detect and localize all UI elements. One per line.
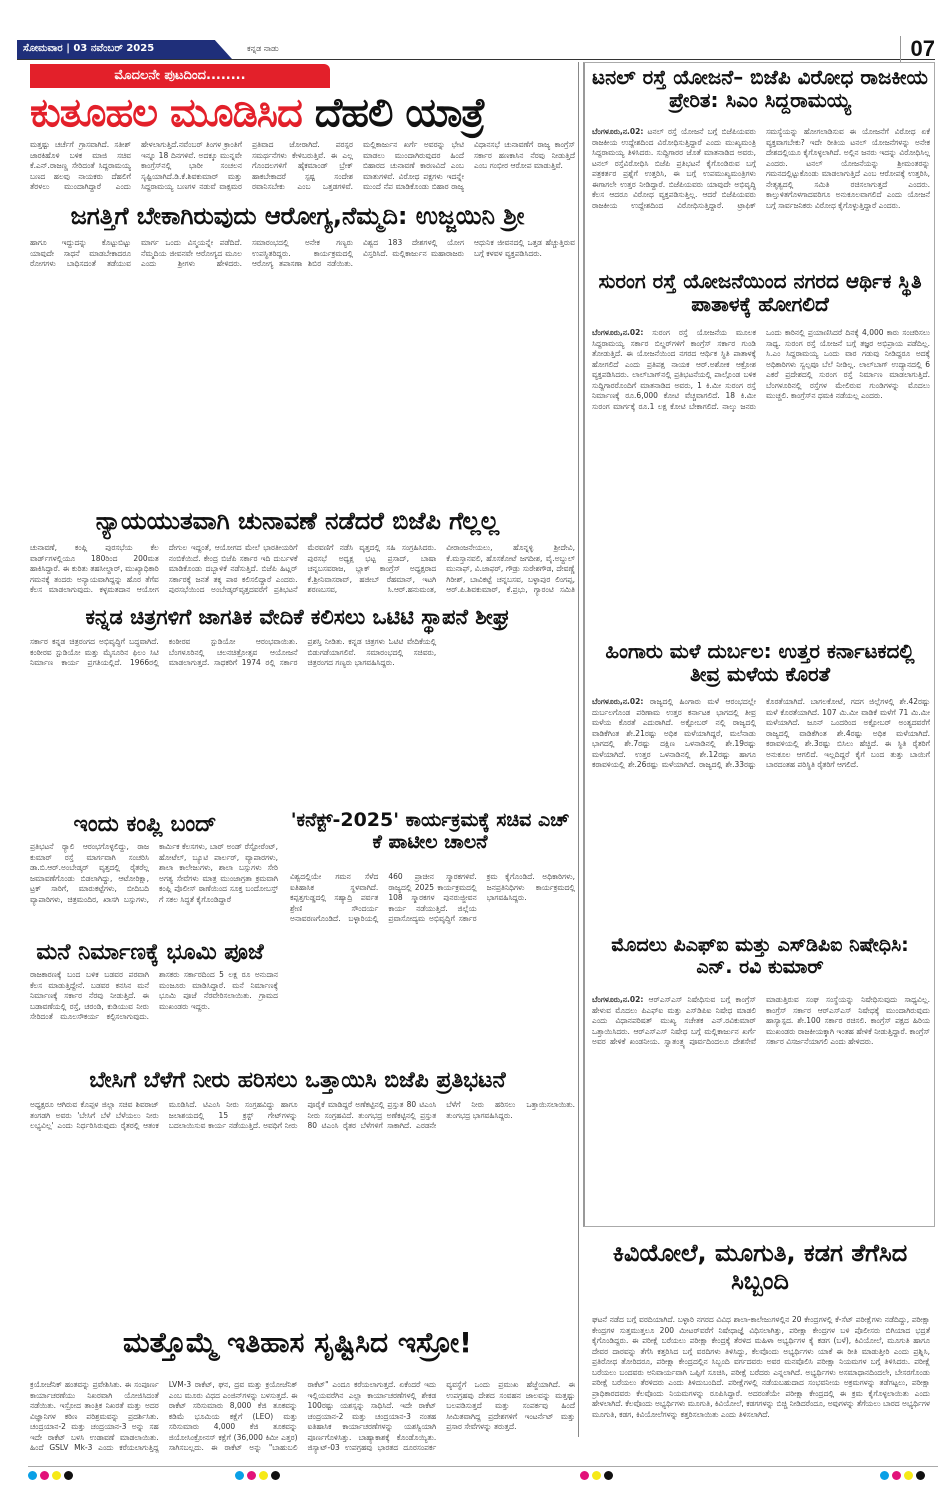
story-headline: ಬೇಸಿಗೆ ಬೆಳೆಗೆ ನೀರು ಹರಿಸಲು ಒತ್ತಾಯಿಸಿ ಬಿಜೆ… <box>20 1068 575 1093</box>
story-headline: ಕಿವಿಯೋಲೆ, ಮೂಗುತಿ, ಕಡಗ ತೆಗೆಸಿದ ಸಿಬ್ಬಂದಿ <box>590 1240 930 1295</box>
story-headline: 'ಕನೆಕ್ಟ್-2025' ಕಾರ್ಯಕ್ರಮಕ್ಕೆ ಸಚಿವ ಎಚ್ ಕೆ… <box>285 810 575 854</box>
story-headline: ಹಿಂಗಾರು ಮಳೆ ದುರ್ಬಲ: ಉತ್ತರ ಕರ್ನಾಟಕದಲ್ಲಿ ತ… <box>590 640 930 686</box>
story-headline: ಸುರಂಗ ರಸ್ತೆ ಯೋಜನೆಯಿಂದ ನಗರದ ಆರ್ಥಿಕ ಸ್ಥಿತಿ… <box>590 270 930 316</box>
story-body: ಬೆಂಗಳೂರು,ನ.02: ಆರ್‌ಎಸ್‌ಎಸ್ ನಿಷೇಧಿಸುವ ಬಗ್… <box>592 995 930 1220</box>
story-headline: ಮೊದಲು ಪಿಎಫ್‌ಐ ಮತ್ತು ಎಸ್‌ಡಿಪಿಐ ನಿಷೇಧಿಸಿ: … <box>590 935 930 979</box>
date-banner: ಸೋಮವಾರ | 03 ನವೆಂಬರ್ 2025 <box>17 40 232 59</box>
continued-kicker: ಮೊದಲನೇ ಪುಟದಿಂದ........ <box>30 64 330 88</box>
story-body: ಅಧ್ಯಕ್ಷರೂ ಆಗಿರುವ ಕೊಪ್ಪಳ ಜಿಲ್ಲಾ ಸಚಿವ ಶಿವರ… <box>30 1100 575 1325</box>
registration-marks <box>880 1471 925 1480</box>
story-headline: ಮನೆ ನಿರ್ಮಾಣಕ್ಕೆ ಭೂಮಿ ಪೂಜೆ <box>20 940 280 965</box>
dateline: ಬೆಂಗಳೂರು,ನ.02: <box>592 995 643 1004</box>
story-body: ಬೆಂಗಳೂರು,ನ.02: ಸುರಂಗ ರಸ್ತೆ ಯೋಜನೆಯ ಮೂಲಕ ಸ… <box>592 328 930 628</box>
registration-marks <box>235 1471 280 1480</box>
lead-headline-red: ಕುತೂಹಲ ಮೂಡಿಸಿದ <box>30 90 302 136</box>
registration-marks <box>28 1471 73 1480</box>
story-text: ರಾಜ್ಯದಲ್ಲಿ ಹಿಂಗಾರು ಮಳೆ ಆರಂಭದಲ್ಲೇ ದುರ್ಬಲಗ… <box>592 697 930 769</box>
story-text: ಆರ್‌ಎಸ್‌ಎಸ್ ನಿಷೇಧಿಸುವ ಬಗ್ಗೆ ಕಾಂಗ್ರೆಸ್ ಹೇ… <box>592 995 930 1046</box>
dateline: ಬೆಂಗಳೂರು,ನ.02: <box>592 127 643 136</box>
story-body: ಚುನಾವಣೆ, ಕಂಪ್ಲಿ ಪುರಸಭೆಯ ಕೆಲ ವಾರ್ಡ್‌ಗಳಲ್ಲ… <box>30 543 575 603</box>
column-divider <box>578 62 579 1437</box>
lead-headline-black: ದೆಹಲಿ ಯಾತ್ರೆ <box>315 90 485 136</box>
dateline: ಬೆಂಗಳೂರು,ನ.02: <box>592 328 643 337</box>
story-headline: ಕನ್ನಡ ಚಿತ್ರಗಳಿಗೆ ಜಾಗತಿಕ ವೇದಿಕೆ ಕಲಿಸಲು ಒಟ… <box>20 605 575 629</box>
story-headline: ನ್ಯಾಯಯುತವಾಗಿ ಚುನಾವಣೆ ನಡೆದರೆ ಬಿಜೆಪಿ ಗೆಲ್ಲ… <box>20 508 575 536</box>
story-headline: ಜಗತ್ತಿಗೆ ಬೇಕಾಗಿರುವುದು ಆರೋಗ್ಯ,ನೆಮ್ಮದಿ: ಉಜ… <box>20 203 575 231</box>
registration-marks <box>580 1471 613 1480</box>
story-body: ಘಟನೆ ನಡೆದ ಬಗ್ಗೆ ವರದಿಯಾಗಿದೆ. ಬಳ್ಳಾರಿ ನಗರದ… <box>592 1315 930 1455</box>
story-body: ಮತ್ತಷ್ಟು ಚರ್ಚೆಗೆ ಗ್ರಾಸವಾಗಿದೆ. ಸತೀಶ್ ಜಾರಕ… <box>30 140 575 202</box>
story-body: ವಿಶ್ವದಲ್ಲಿಯೇ ಗಮನ ಸೆಳೆದ ಐತಿಹಾಸಿಕ ಸ್ಥಳವಾಗಿ… <box>290 872 575 1052</box>
page-number: 07 <box>900 36 935 62</box>
lead-headline: ಕುತೂಹಲ ಮೂಡಿಸಿದ ದೆಹಲಿ ಯಾತ್ರೆ <box>30 90 575 136</box>
dateline: ಬೆಂಗಳೂರು,ನ.02: <box>592 697 643 706</box>
story-body: ಸರ್ಕಾರ ಕನ್ನಡ ಚಿತ್ರರಂಗದ ಅಭಿವೃದ್ಧಿಗೆ ಬದ್ಧವ… <box>30 637 575 805</box>
story-body: ಹಾಗೂ ಇದ್ದುದನ್ನು ಕೊಟ್ಟುಬಿಟ್ಟು ಯಾವುದೇ ಸಾಧನ… <box>30 238 575 508</box>
story-text: ಟನಲ್ ರಸ್ತೆ ಯೋಜನೆ ಬಗ್ಗೆ ಬಿಜೆಪಿಯವರು ರಾಜಕೀಯ… <box>592 127 930 210</box>
brand-name: ಕನ್ನಡ ನಾಡು <box>247 44 279 54</box>
story-text: ಸುರಂಗ ರಸ್ತೆ ಯೋಜನೆಯ ಮೂಲಕ ಸಿದ್ದರಾಮಯ್ಯ ಸರ್ಕ… <box>592 328 930 411</box>
story-body: ರಾಜಕಾರಣಕ್ಕೆ ಬಂದ ಬಳಿಕ ಬಡವರ ಪರವಾಗಿ ಕೆಲಸ ಮಾ… <box>30 970 278 1058</box>
story-body: ಕ್ರಯೋಜೆನಿಕ್ ಹಂತವನ್ನು ಪ್ರವೇಶಿಸಿತು. ಈ ಸಂಪೂ… <box>30 1380 575 1465</box>
story-headline: ಮತ್ತೊಮ್ಮೆ ಇತಿಹಾಸ ಸೃಷ್ಟಿಸಿದ ಇಸ್ರೋ! <box>20 1327 575 1359</box>
story-headline: ಇಂದು ಕಂಪ್ಲಿ ಬಂದ್ <box>20 812 270 837</box>
masthead: ಸೋಮವಾರ | 03 ನವೆಂಬರ್ 2025 ಕನ್ನಡ ನಾಡು 07 <box>17 40 935 60</box>
story-body: ಪ್ರತಿಭಟನೆ ರ್‍ಯಾಲಿ ಆರಂಭಗೊಳ್ಳಲಿದ್ದು, ರಾಜ ಕ… <box>30 842 278 934</box>
story-body: ಬೆಂಗಳೂರು,ನ.02: ಟನಲ್ ರಸ್ತೆ ಯೋಜನೆ ಬಗ್ಗೆ ಬಿ… <box>592 127 930 267</box>
story-body: ಬೆಂಗಳೂರು,ನ.02: ರಾಜ್ಯದಲ್ಲಿ ಹಿಂಗಾರು ಮಳೆ ಆರ… <box>592 697 930 922</box>
footer-rule <box>28 1466 938 1467</box>
story-headline: ಟನಲ್ ರಸ್ತೆ ಯೋಜನೆ– ಬಿಜೆಪಿ ವಿರೋಧ ರಾಜಕೀಯ ಪ್… <box>590 66 930 112</box>
